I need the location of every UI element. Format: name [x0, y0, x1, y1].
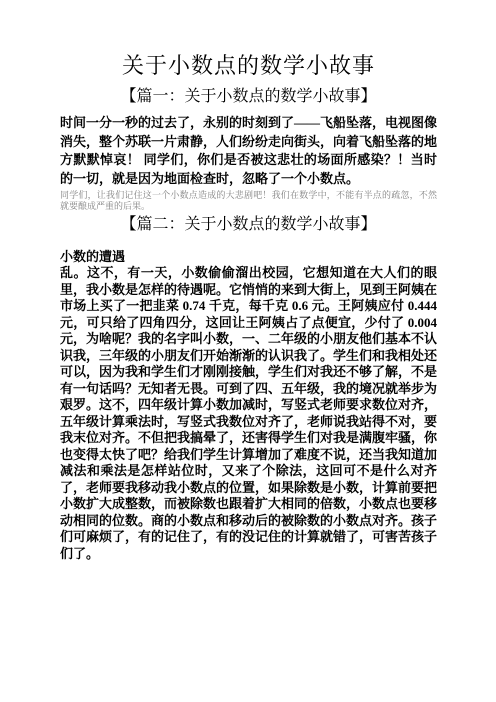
document-title: 关于小数点的数学小故事 [60, 50, 437, 82]
section2-subheading: 小数的遭遇 [60, 248, 437, 265]
section1-heading: 【篇一：关于小数点的数学小故事】 [60, 86, 437, 108]
section1-paragraph: 时间一分一秒的过去了，永别的时刻到了——飞船坠落，电视图像消失，整个苏联一片肃静… [60, 114, 437, 188]
section2-paragraph: 乱。这不，有一天，小数偷偷溜出校园，它想知道在大人们的眼里，我小数是怎样的待遇呢… [60, 265, 437, 562]
document-page: 关于小数点的数学小故事 【篇一：关于小数点的数学小故事】 时间一分一秒的过去了，… [0, 0, 496, 702]
section1-note: 同学们，让我们记住这一个小数点造成的大悲剧吧！我们在数学中，不能有半点的疏忽，不… [60, 190, 437, 212]
section2-heading: 【篇二：关于小数点的数学小故事】 [60, 214, 437, 236]
